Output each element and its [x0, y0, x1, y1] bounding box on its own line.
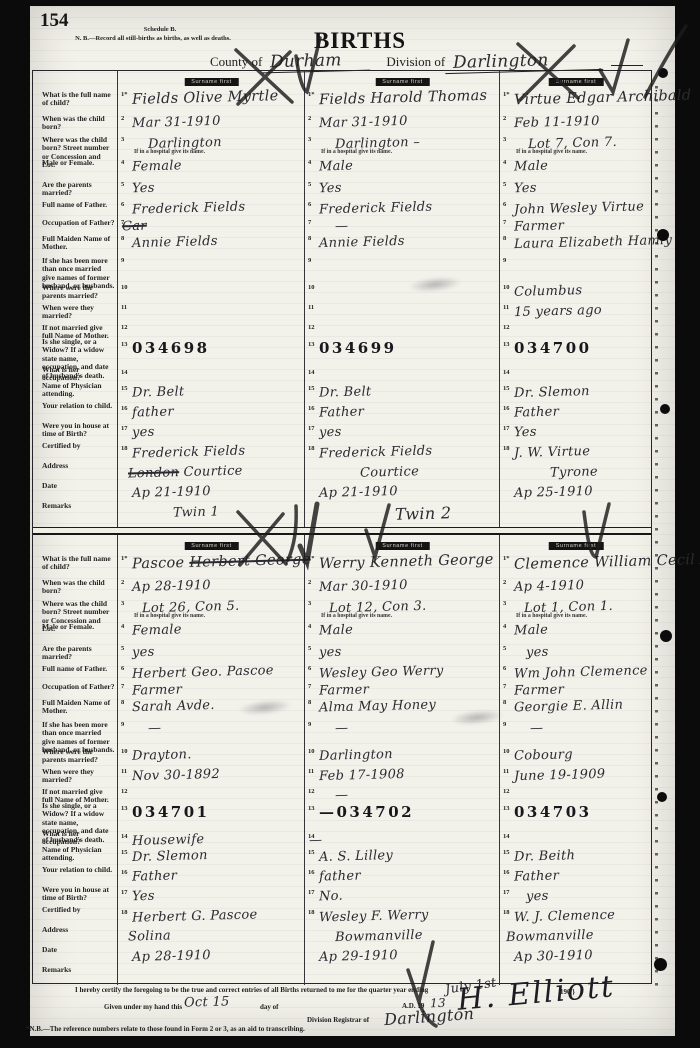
ink-blot	[657, 229, 669, 241]
row-label: Full name of Father.	[33, 199, 117, 217]
record-cell: 14	[305, 367, 500, 383]
row-number: 3	[121, 600, 124, 607]
handwritten-entry: Darlington –	[335, 135, 420, 152]
record-cell: 17yes	[305, 423, 500, 443]
row-number: 3	[308, 600, 311, 607]
record-column: Surname first1*Fields Harold Thomas2Mar …	[304, 71, 500, 527]
row-number: 2	[121, 579, 124, 586]
handwritten-entry: Sarah Avde.	[132, 698, 215, 715]
handwritten-entry: Drayton.	[132, 747, 192, 764]
row-label: If not married give full Name of Mother.	[33, 322, 117, 336]
record-cell: Twin 1	[118, 503, 305, 527]
given-date-handwriting: Oct 15	[184, 994, 230, 1010]
handwritten-entry: Ap 21-1910	[319, 484, 398, 501]
handwritten-entry: Wesley Geo Werry	[319, 663, 444, 681]
row-number: 14	[308, 369, 315, 376]
row-label: Certified by	[33, 904, 117, 924]
row-number: 7	[503, 683, 506, 690]
record-cell: 18Frederick Fields	[118, 443, 305, 463]
handwritten-entry: Mar 31-1910	[319, 114, 408, 131]
row-label: Address	[33, 924, 117, 944]
record-cell: 1*Fields Olive Myrtle	[118, 89, 305, 113]
handwritten-entry: No.	[319, 889, 343, 905]
row-number: 15	[121, 849, 128, 856]
handwritten-entry: Solina	[128, 928, 171, 944]
handwritten-entry: Annie Fields	[319, 234, 405, 251]
handwritten-entry: Dr. Slemon	[514, 384, 590, 401]
record-cell: Bowmanville	[305, 927, 500, 947]
county-division-line: County of Durham Division of Darlington	[210, 51, 643, 72]
row-label: Full name of Father.	[33, 663, 117, 681]
perforation-dots	[655, 86, 658, 991]
handwritten-entry: Dr. Belt	[132, 384, 185, 400]
record-cell: 6John Wesley Virtue	[500, 199, 652, 217]
handwritten-entry: Columbus	[514, 283, 583, 300]
record-column: Surname first1*Pascoe Herbert George2Ap …	[117, 535, 305, 985]
record-cell: 14	[500, 831, 652, 847]
handwritten-entry: Twin 1	[173, 504, 219, 520]
certification-footer: I hereby certify the foregoing to be the…	[32, 982, 652, 1036]
row-label: When were they married?	[33, 302, 117, 322]
row-number: 2	[121, 115, 124, 122]
row-number: 4	[503, 159, 506, 166]
record-cell: 13034701	[118, 803, 305, 831]
row-number: 8	[308, 235, 311, 242]
handwritten-entry: yes	[319, 645, 342, 661]
scanned-birth-register-page: 154 Schedule B. N. B.—Record all still-b…	[0, 0, 700, 1048]
record-cell: 2Mar 31-1910	[118, 113, 305, 134]
handwritten-entry: Herbert Geo. Pascoe	[132, 663, 274, 682]
handwritten-entry: Female	[132, 158, 182, 174]
row-number: 9	[503, 257, 506, 264]
record-cell: 6Wesley Geo Werry	[305, 663, 500, 681]
row-number: 9	[121, 721, 124, 728]
row-label: Are the parents married?	[33, 179, 117, 199]
handwritten-entry: Fields Harold Thomas	[319, 88, 488, 108]
record-cell: Solina	[118, 927, 305, 947]
row-number: 12	[308, 788, 315, 795]
record-cell: 11Feb 17-1908	[305, 766, 500, 786]
row-label: When were they married?	[33, 766, 117, 786]
row-number: 6	[121, 201, 124, 208]
record-cell: 2Ap 28-1910	[118, 577, 305, 598]
row-number: 10	[308, 284, 315, 291]
handwritten-entry: Male	[514, 159, 549, 175]
record-cell: 13034700	[500, 339, 652, 367]
row-number: 14	[503, 833, 510, 840]
record-cell: 9	[118, 255, 305, 282]
row-number: 17	[121, 425, 128, 432]
row-number: 15	[121, 385, 128, 392]
record-column: Surname first1*Virtue Edgar Archibald2Fe…	[499, 71, 652, 527]
record-cell: 8Annie Fields	[118, 233, 305, 255]
row-number: 15	[308, 849, 315, 856]
record-cell: 12	[118, 786, 305, 800]
row-label: Name of Physician attending.	[33, 380, 117, 400]
record-cell: Ap 21-1910	[118, 483, 305, 503]
record-cell: 9—	[500, 719, 652, 746]
record-cell: 12	[500, 322, 652, 336]
record-cell: 13—034702	[305, 803, 500, 831]
surname-first-header: Surname first	[375, 78, 430, 86]
handwritten-entry: yes	[319, 425, 342, 441]
row-label: If she has been more than once married g…	[33, 255, 117, 282]
row-number: 18	[121, 445, 128, 452]
handwritten-entry: Bowmanville	[506, 928, 594, 945]
row-number: 1*	[121, 555, 128, 562]
row-label: Are the parents married?	[33, 643, 117, 663]
handwritten-entry: Ap 4-1910	[514, 578, 585, 595]
row-number: 10	[503, 748, 510, 755]
record-cell: 5Yes	[500, 179, 652, 199]
row-number: 6	[503, 201, 506, 208]
surname-first-header: Surname first	[549, 542, 604, 550]
record-cell: 11June 19-1909	[500, 766, 652, 786]
record-cell: 16Father	[118, 867, 305, 887]
record-cell: Ap 21-1910	[305, 483, 500, 503]
record-cell: 4Male	[305, 157, 500, 179]
row-number: 6	[503, 665, 506, 672]
record-cell: 7—	[305, 217, 500, 233]
record-cell: 2Feb 11-1910	[500, 113, 652, 134]
row-number: 8	[121, 699, 124, 706]
row-number: 13	[121, 805, 128, 812]
record-cell: 1*Pascoe Herbert George	[118, 553, 305, 577]
handwritten-entry: Car	[122, 219, 147, 235]
row-label: Occupation of Father?	[33, 681, 117, 697]
handwritten-entry: Tyrone	[550, 464, 598, 480]
handwritten-entry: Ap 30-1910	[514, 948, 593, 965]
handwritten-entry: A. S. Lilley	[319, 848, 393, 865]
record-cell: 7Farmer	[118, 681, 305, 697]
row-label: When was the child born?	[33, 577, 117, 598]
record-cell: Courtice	[305, 463, 500, 483]
record-cell	[500, 503, 652, 527]
row-number: 13	[308, 805, 315, 812]
handwritten-entry: —	[335, 219, 349, 234]
row-number: 7	[308, 219, 311, 226]
handwritten-entry: Yes	[132, 889, 155, 905]
handwritten-entry: Courtice	[360, 464, 419, 481]
row-number: 16	[503, 405, 510, 412]
question-label-column: What is the full name of child?When was …	[33, 71, 117, 527]
handwritten-entry: Nov 30-1892	[132, 767, 220, 784]
handwritten-entry: Frederick Fields	[132, 444, 246, 462]
blank-rule	[611, 51, 643, 66]
bottom-record-block: What is the full name of child?When was …	[33, 535, 651, 985]
record-cell: Ap 28-1910	[118, 947, 305, 967]
record-cell: 13034703	[500, 803, 652, 831]
record-cell: 3If in a hospital give its name.Darlingt…	[118, 134, 305, 157]
record-column: Surname first1*Clemence William Cecil Al…	[499, 535, 652, 985]
registration-number-stamp: 034703	[514, 803, 652, 821]
row-label: If not married give full Name of Mother.	[33, 786, 117, 800]
handwritten-entry: Dr. Beith	[514, 848, 576, 865]
record-cell: Bowmanville	[500, 927, 652, 947]
record-column: Surname first1*Werry Kenneth George2Mar …	[304, 535, 500, 985]
record-cell: 14—	[305, 831, 500, 847]
handwritten-entry: Yes	[514, 425, 537, 441]
row-number: 13	[503, 341, 510, 348]
row-number: 9	[308, 721, 311, 728]
given-under-hand-text: Given under my hand this	[104, 1003, 182, 1011]
row-label: Where was the child born? Street number …	[33, 134, 117, 157]
row-label: Your relation to child.	[33, 864, 117, 884]
handwritten-entry: Wm John Clemence	[514, 663, 648, 681]
handwritten-entry: —	[335, 721, 349, 736]
row-number: 2	[308, 579, 311, 586]
record-cell: 15A. S. Lilley	[305, 847, 500, 867]
record-cell: 3If in a hospital give its name.Lot 12, …	[305, 598, 500, 621]
row-number: 7	[121, 683, 124, 690]
row-number: 14	[121, 369, 128, 376]
handwritten-entry: Ap 28-1910	[132, 948, 211, 965]
row-number: 12	[121, 788, 128, 795]
row-number: 4	[308, 623, 311, 630]
row-number: 18	[503, 445, 510, 452]
row-number: 6	[121, 665, 124, 672]
record-cell: 18Frederick Fields	[305, 443, 500, 463]
record-cell: 11	[305, 302, 500, 322]
record-cell: 11	[118, 302, 305, 322]
record-cell: 18Herbert G. Pascoe	[118, 907, 305, 927]
handwritten-entry: Wesley F. Werry	[319, 908, 429, 926]
row-number: 11	[308, 768, 314, 775]
row-label: Remarks	[33, 500, 117, 524]
record-cell: Ap 29-1910	[305, 947, 500, 967]
handwritten-entry: W. J. Clemence	[514, 908, 616, 926]
handwritten-entry: Male	[319, 159, 354, 175]
row-number: 3	[308, 136, 311, 143]
handwritten-entry: Feb 17-1908	[319, 767, 405, 784]
record-cell: 15Dr. Slemon	[500, 383, 652, 403]
row-number: 15	[308, 385, 315, 392]
row-label: Were you in house at time of Birth?	[33, 420, 117, 440]
record-cell: 7Farmer	[305, 681, 500, 697]
row-number: 14	[503, 369, 510, 376]
row-number: 18	[308, 909, 315, 916]
record-cell: 10Drayton.	[118, 746, 305, 766]
handwritten-entry: J. W. Virtue	[514, 444, 591, 461]
handwritten-entry: Mar 30-1910	[319, 578, 408, 595]
row-label: Where was the child born? Street number …	[33, 598, 117, 621]
row-label: Certified by	[33, 440, 117, 460]
row-number: 18	[121, 909, 128, 916]
record-cell: 8Georgie E. Allin	[500, 697, 652, 719]
handwritten-entry: Darlington	[148, 135, 222, 152]
record-cell: 9	[305, 255, 500, 282]
record-cell: Twin 2	[305, 503, 500, 527]
record-cell: 18J. W. Virtue	[500, 443, 652, 463]
row-number: 5	[503, 181, 506, 188]
record-cell: 15Dr. Slemon	[118, 847, 305, 867]
row-number: 16	[121, 869, 128, 876]
handwritten-entry: yes	[132, 425, 155, 441]
record-cell: 3If in a hospital give its name.Lot 26, …	[118, 598, 305, 621]
handwritten-entry: Fields Olive Myrtle	[132, 88, 279, 108]
record-cell: 18W. J. Clemence	[500, 907, 652, 927]
handwritten-entry: father	[319, 868, 361, 884]
record-cell: 4Male	[500, 157, 652, 179]
record-cell: 8Annie Fields	[305, 233, 500, 255]
record-cell: 1*Fields Harold Thomas	[305, 89, 500, 113]
row-number: 7	[308, 683, 311, 690]
row-number: 1*	[308, 91, 315, 98]
record-cell: 5Yes	[118, 179, 305, 199]
handwritten-entry: Ap 25-1910	[514, 484, 593, 501]
handwritten-entry: John Wesley Virtue	[514, 199, 644, 217]
handwritten-entry: Ap 21-1910	[132, 484, 211, 501]
record-cell: 3If in a hospital give its name.Lot 7, C…	[500, 134, 652, 157]
row-number: 8	[308, 699, 311, 706]
record-cell: 4Male	[305, 621, 500, 643]
record-cell: 10Darlington	[305, 746, 500, 766]
record-cell: 11Nov 30-1892	[118, 766, 305, 786]
row-number: 12	[121, 324, 128, 331]
row-number: 2	[308, 115, 311, 122]
record-cell: 12	[118, 322, 305, 336]
handwritten-entry: London Courtice	[128, 464, 243, 482]
handwritten-entry: Lot 1, Con 1.	[524, 599, 613, 616]
record-cell: Ap 30-1910	[500, 947, 652, 967]
record-cell: Ap 25-1910	[500, 483, 652, 503]
row-number: 1*	[308, 555, 315, 562]
record-cell: 17yes	[500, 887, 652, 907]
handwritten-entry: Ap 29-1910	[319, 948, 398, 965]
record-cell: 4Male	[500, 621, 652, 643]
handwritten-entry: Yes	[319, 181, 342, 197]
record-cell: 12—	[305, 786, 500, 800]
row-number: 14	[121, 833, 128, 840]
row-number: 15	[503, 385, 510, 392]
handwritten-entry: Yes	[514, 181, 537, 197]
row-number: 17	[503, 889, 510, 896]
row-number: 9	[121, 257, 124, 264]
record-cell: 10	[118, 282, 305, 302]
record-cell: 17Yes	[118, 887, 305, 907]
row-number: 2	[503, 115, 506, 122]
handwritten-entry: Male	[514, 623, 549, 639]
handwritten-entry: Father	[319, 404, 365, 420]
record-cell: 16Father	[305, 403, 500, 423]
row-number: 3	[503, 600, 506, 607]
row-number: 18	[308, 445, 315, 452]
record-cell: 3If in a hospital give its name.Lot 1, C…	[500, 598, 652, 621]
row-number: 6	[308, 665, 311, 672]
handwritten-entry: Georgie E. Allin	[514, 698, 624, 716]
handwritten-entry: Feb 11-1910	[514, 114, 600, 131]
record-cell: 16Father	[500, 867, 652, 887]
row-label: If she has been more than once married g…	[33, 719, 117, 746]
row-label: Occupation of Father?	[33, 217, 117, 233]
reference-footnote: *N.B.—The reference numbers relate to th…	[26, 1025, 305, 1033]
row-number: 12	[503, 324, 510, 331]
row-number: 11	[503, 768, 509, 775]
record-cell: 1115 years ago	[500, 302, 652, 322]
ink-blot	[660, 630, 672, 642]
record-cell: 17Yes	[500, 423, 652, 443]
handwritten-entry: yes	[132, 645, 155, 661]
record-cell: 13034698	[118, 339, 305, 367]
row-number: 4	[308, 159, 311, 166]
handwritten-entry: Lot 7, Con 7.	[528, 135, 617, 152]
handwritten-entry: Father	[132, 868, 178, 884]
row-number: 8	[121, 235, 124, 242]
record-cell: 5yes	[500, 643, 652, 663]
row-number: 4	[503, 623, 506, 630]
handwritten-entry: Mar 31-1910	[132, 114, 221, 131]
ink-blot	[657, 792, 667, 802]
row-label: What is the full name of child?	[33, 553, 117, 577]
row-number: 16	[503, 869, 510, 876]
registration-number-stamp: 034700	[514, 339, 652, 357]
record-cell: Tyrone	[500, 463, 652, 483]
record-cell: 4Female	[118, 621, 305, 643]
row-number: 5	[121, 181, 124, 188]
registration-number-stamp: 034699	[319, 339, 500, 357]
row-number: 15	[503, 849, 510, 856]
row-number: 12	[503, 788, 510, 795]
row-number: 13	[308, 341, 315, 348]
certify-text: I hereby certify the foregoing to be the…	[75, 986, 428, 994]
record-cell: 10Cobourg	[500, 746, 652, 766]
record-cell: 10	[305, 282, 500, 302]
row-number: 4	[121, 159, 124, 166]
record-column: Surname first1*Fields Olive Myrtle2Mar 3…	[117, 71, 305, 527]
handwritten-entry: Frederick Fields	[319, 444, 433, 462]
record-cell: 6Herbert Geo. Pascoe	[118, 663, 305, 681]
handwritten-entry: —	[335, 788, 349, 803]
handwritten-entry: Male	[319, 623, 354, 639]
row-number: 7	[503, 219, 506, 226]
row-label: Full Maiden Name of Mother.	[33, 233, 117, 255]
record-cell: 10Columbus	[500, 282, 652, 302]
surname-first-header: Surname first	[549, 78, 604, 86]
row-number: 3	[121, 136, 124, 143]
ink-blot	[654, 958, 667, 971]
record-cell: 7Farmer	[500, 681, 652, 697]
record-cell: 14Housewife	[118, 831, 305, 847]
row-label: What is the full name of child?	[33, 89, 117, 113]
row-number: 18	[503, 909, 510, 916]
record-cell: 17yes	[118, 423, 305, 443]
row-number: 13	[121, 341, 128, 348]
record-cell: 15Dr. Belt	[305, 383, 500, 403]
row-number: 5	[503, 645, 506, 652]
record-cell: 1*Clemence William Cecil Allin	[500, 553, 652, 577]
record-cell: 1*Virtue Edgar Archibald	[500, 89, 652, 113]
record-cell: 2Ap 4-1910	[500, 577, 652, 598]
record-cell: 15Dr. Beith	[500, 847, 652, 867]
record-cell: 6Frederick Fields	[118, 199, 305, 217]
handwritten-entry: Werry Kenneth George	[319, 552, 494, 573]
row-number: 4	[121, 623, 124, 630]
registration-number-stamp: 034698	[132, 339, 305, 357]
surname-first-header: Surname first	[184, 78, 239, 86]
handwritten-entry: Laura Elizabeth Hamly	[514, 233, 673, 252]
block-divider	[33, 527, 651, 535]
record-cell: 16father	[305, 867, 500, 887]
division-label: Division of	[386, 54, 445, 70]
row-number: 16	[308, 405, 315, 412]
record-cell: 16father	[118, 403, 305, 423]
record-cell: 9—	[118, 719, 305, 746]
handwritten-entry: Father	[514, 404, 560, 420]
handwritten-entry: 15 years ago	[514, 303, 602, 320]
row-number: 1*	[121, 91, 128, 98]
top-record-block: What is the full name of child?When was …	[33, 71, 651, 527]
page-number: 154	[40, 10, 69, 32]
